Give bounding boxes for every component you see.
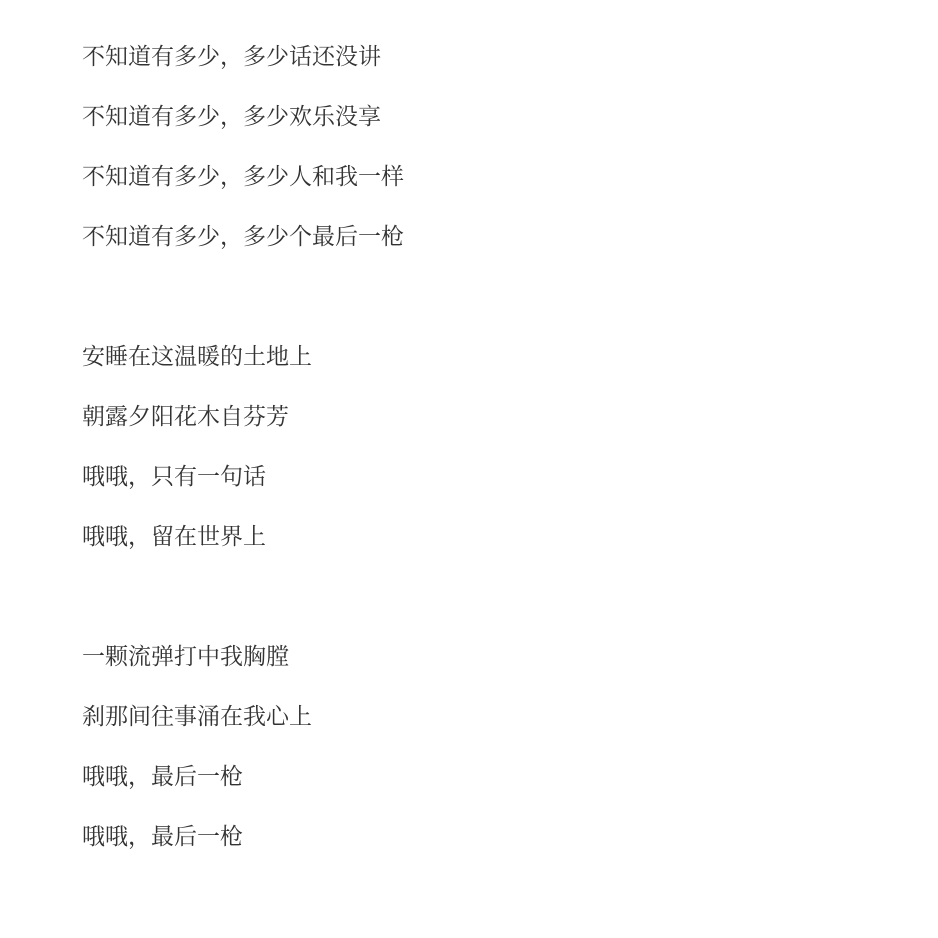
lyric-line: 不知道有多少，多少话还没讲 <box>82 38 404 98</box>
lyric-line: 朝露夕阳花木自芬芳 <box>82 398 404 458</box>
stanza-2: 安睡在这温暖的土地上 朝露夕阳花木自芬芳 哦哦，只有一句话 哦哦，留在世界上 <box>82 338 404 578</box>
lyric-line: 不知道有多少，多少欢乐没享 <box>82 98 404 158</box>
stanza-1: 不知道有多少，多少话还没讲 不知道有多少，多少欢乐没享 不知道有多少，多少人和我… <box>82 38 404 278</box>
stanza-3: 一颗流弹打中我胸膛 刹那间往事涌在我心上 哦哦，最后一枪 哦哦，最后一枪 <box>82 638 404 878</box>
lyric-line: 哦哦，最后一枪 <box>82 758 404 818</box>
page: 不知道有多少，多少话还没讲 不知道有多少，多少欢乐没享 不知道有多少，多少人和我… <box>0 0 938 938</box>
lyrics-text: 不知道有多少，多少话还没讲 不知道有多少，多少欢乐没享 不知道有多少，多少人和我… <box>82 38 404 938</box>
lyric-line: 安睡在这温暖的土地上 <box>82 338 404 398</box>
lyric-line: 哦哦，最后一枪 <box>82 818 404 878</box>
lyric-line: 不知道有多少，多少个最后一枪 <box>82 218 404 278</box>
lyric-line: 哦哦，只有一句话 <box>82 458 404 518</box>
lyric-line: 哦哦，留在世界上 <box>82 518 404 578</box>
lyric-line: 不知道有多少，多少人和我一样 <box>82 158 404 218</box>
lyric-line: 刹那间往事涌在我心上 <box>82 698 404 758</box>
lyric-line: 一颗流弹打中我胸膛 <box>82 638 404 698</box>
